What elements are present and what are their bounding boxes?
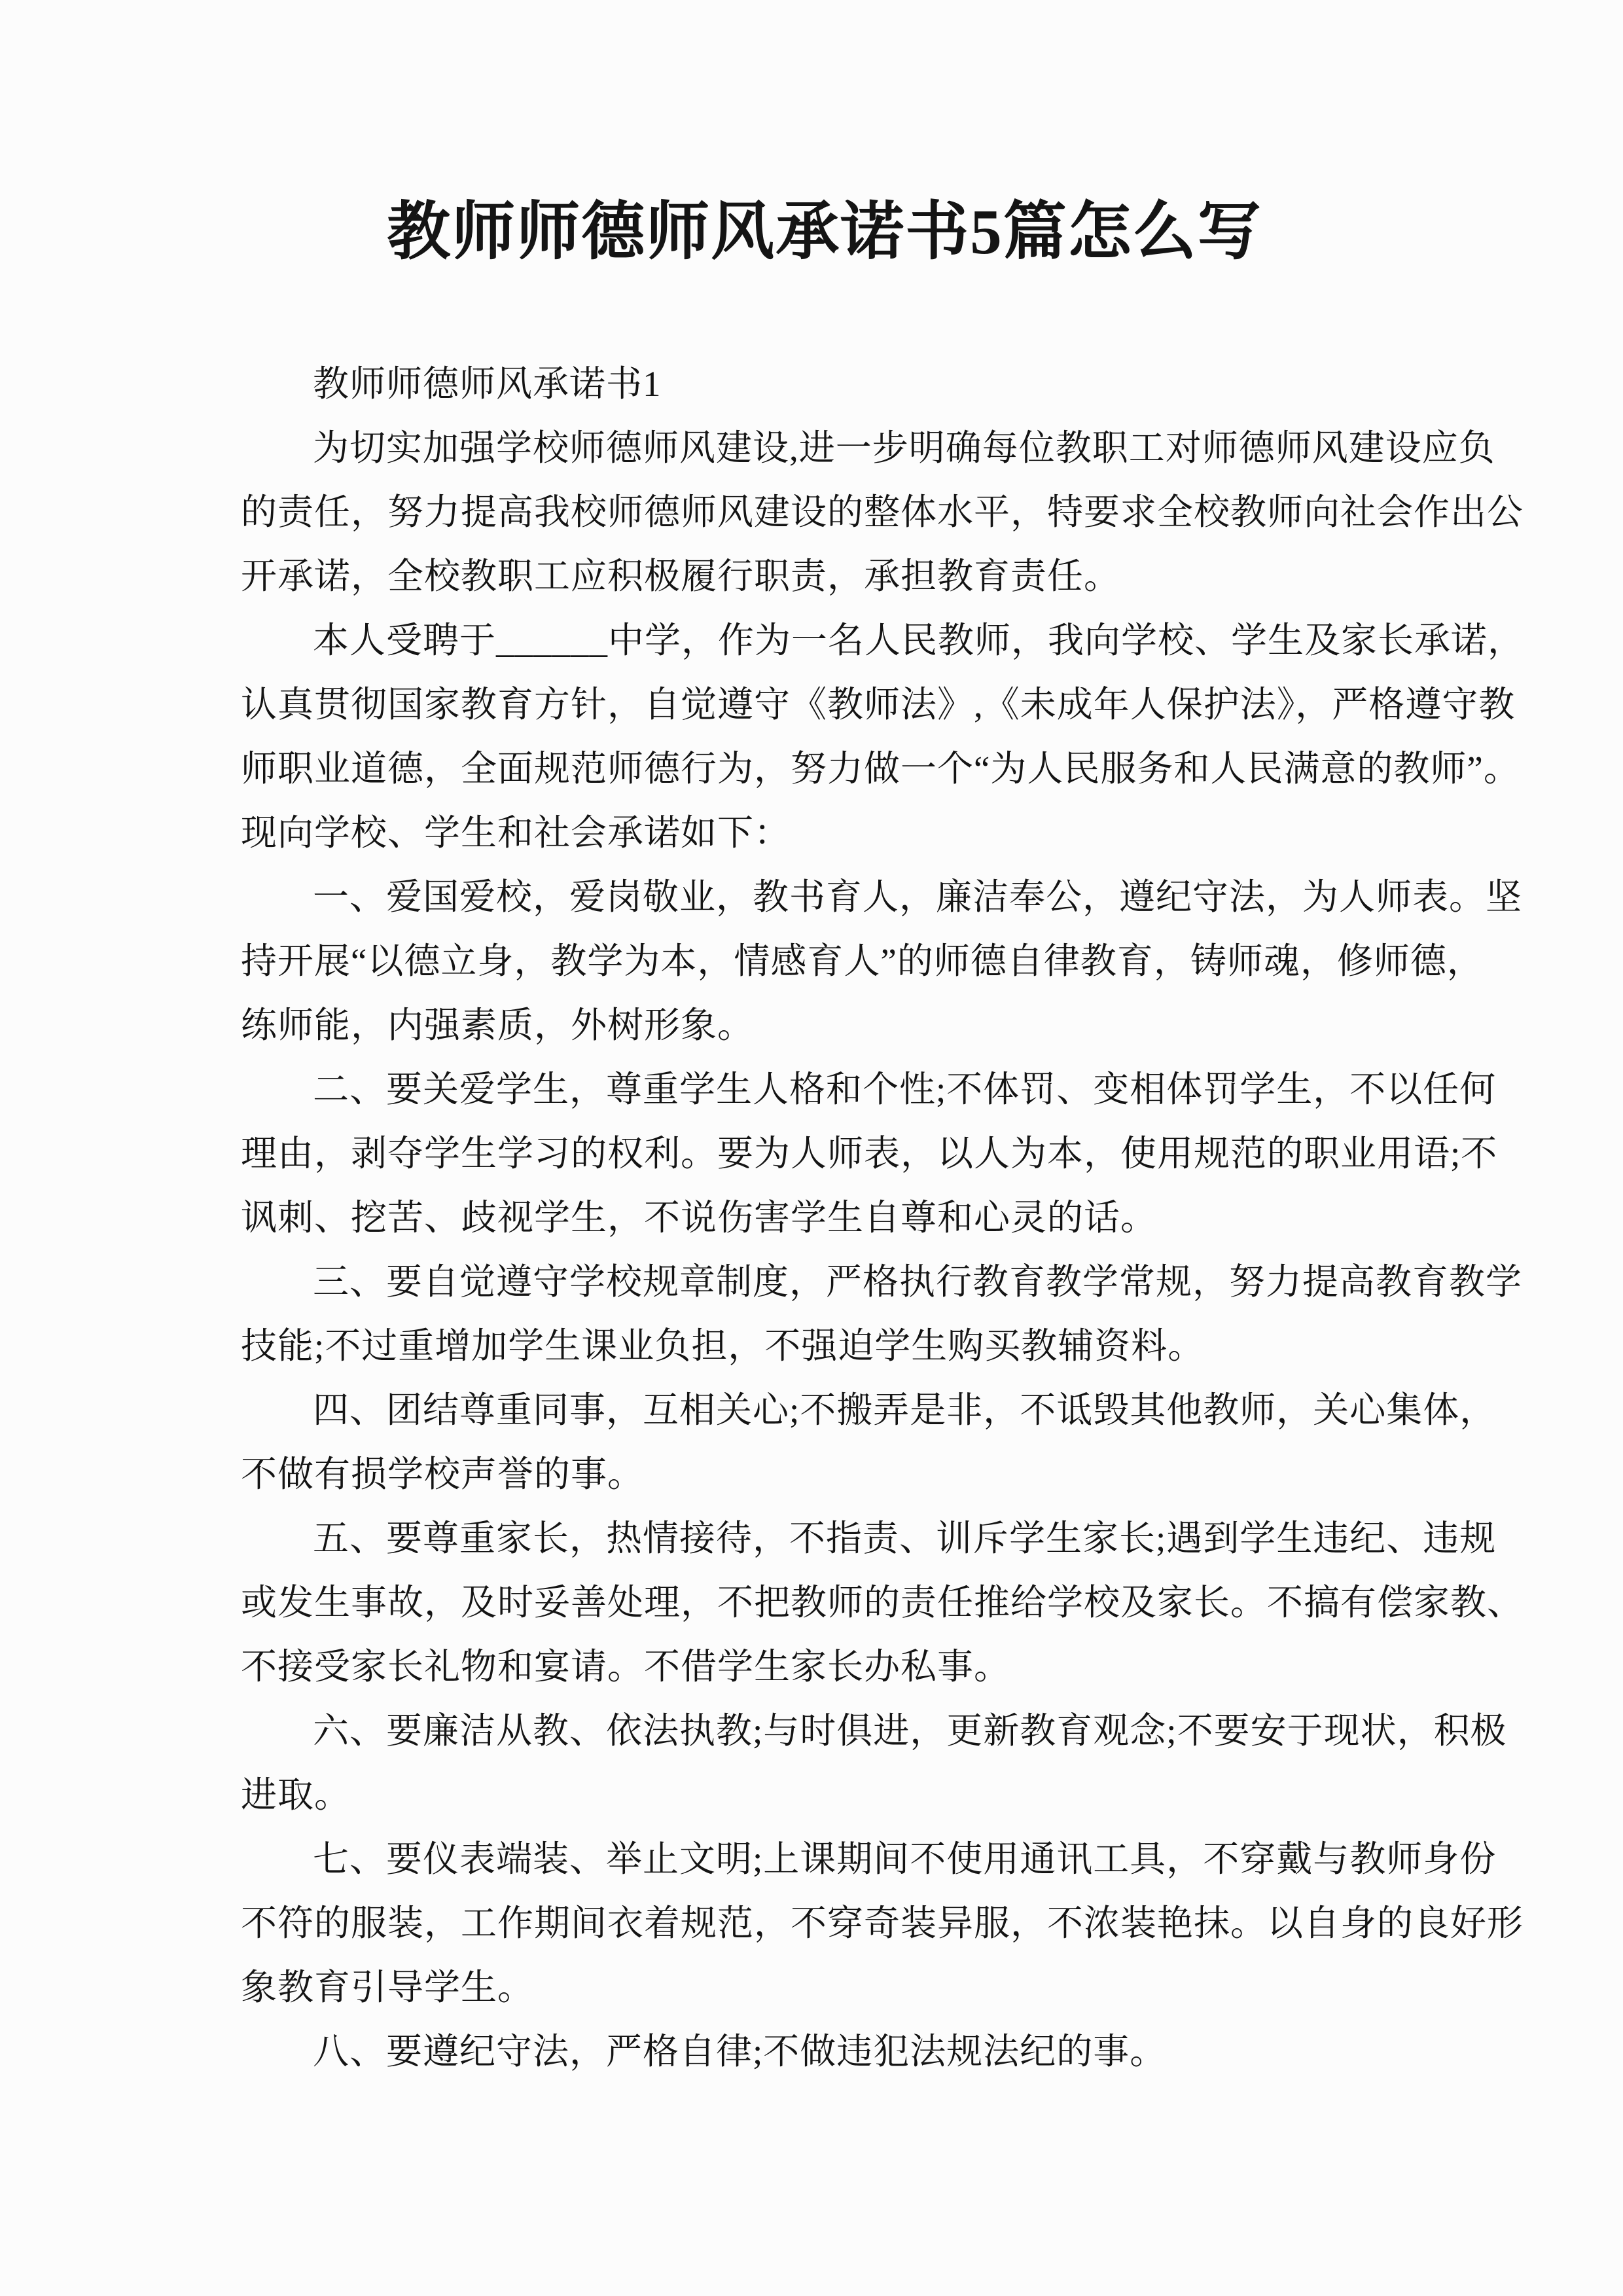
document-body: 教师师德师风承诺书1为切实加强学校师德师风建设,进一步明确每位教职工对师德师风建… [0, 352, 1623, 2084]
text-line: 二、要关爱学生，尊重学生人格和个性;不体罚、变相体罚学生，不以任何 [241, 1058, 1387, 1122]
text-line: 认真贯彻国家教育方针，自觉遵守《教师法》,《未成年人保护法》，严格遵守教 [241, 673, 1387, 737]
text-line: 现向学校、学生和社会承诺如下： [241, 801, 1387, 865]
text-line: 不做有损学校声誉的事。 [241, 1443, 1387, 1507]
text-line: 八、要遵纪守法，严格自律;不做违犯法规法纪的事。 [241, 2020, 1387, 2084]
text-line: 的责任，努力提高我校师德师风建设的整体水平，特要求全校教师向社会作出公 [241, 480, 1387, 545]
text-line: 进取。 [241, 1763, 1387, 1827]
paragraph: 三、要自觉遵守学校规章制度，严格执行教育教学常规，努力提高教育教学技能;不过重增… [241, 1250, 1387, 1378]
paragraph: 七、要仪表端装、举止文明;上课期间不使用通讯工具，不穿戴与教师身份不符的服装，工… [241, 1827, 1387, 2020]
paragraph: 六、要廉洁从教、依法执教;与时俱进，更新教育观念;不要安于现状，积极进取。 [241, 1699, 1387, 1827]
paragraph: 一、爱国爱校，爱岗敬业，教书育人，廉洁奉公，遵纪守法，为人师表。坚持开展“以德立… [241, 865, 1387, 1058]
text-line: 练师能，内强素质，外树形象。 [241, 994, 1387, 1058]
text-line: 六、要廉洁从教、依法执教;与时俱进，更新教育观念;不要安于现状，积极 [241, 1699, 1387, 1763]
text-line: 象教育引导学生。 [241, 1956, 1387, 2020]
paragraph: 为切实加强学校师德师风建设,进一步明确每位教职工对师德师风建设应负的责任，努力提… [241, 416, 1387, 609]
paragraph: 本人受聘于______中学，作为一名人民教师，我向学校、学生及家长承诺，认真贯彻… [241, 609, 1387, 865]
text-line: 一、爱国爱校，爱岗敬业，教书育人，廉洁奉公，遵纪守法，为人师表。坚 [241, 865, 1387, 929]
paragraph: 五、要尊重家长，热情接待，不指责、训斥学生家长;遇到学生违纪、违规或发生事故，及… [241, 1507, 1387, 1699]
text-line: 师职业道德，全面规范师德行为，努力做一个“为人民服务和人民满意的教师”。 [241, 737, 1387, 801]
text-line: 教师师德师风承诺书1 [241, 352, 1387, 416]
text-line: 不接受家长礼物和宴请。不借学生家长办私事。 [241, 1635, 1387, 1699]
paragraph: 教师师德师风承诺书1 [241, 352, 1387, 416]
text-line: 讽刺、挖苦、歧视学生，不说伤害学生自尊和心灵的话。 [241, 1186, 1387, 1250]
text-line: 四、团结尊重同事，互相关心;不搬弄是非，不诋毁其他教师，关心集体， [241, 1378, 1387, 1443]
text-line: 五、要尊重家长，热情接待，不指责、训斥学生家长;遇到学生违纪、违规 [241, 1507, 1387, 1571]
text-line: 七、要仪表端装、举止文明;上课期间不使用通讯工具，不穿戴与教师身份 [241, 1827, 1387, 1892]
text-line: 理由，剥夺学生学习的权利。要为人师表，以人为本，使用规范的职业用语;不 [241, 1122, 1387, 1186]
text-line: 三、要自觉遵守学校规章制度，严格执行教育教学常规，努力提高教育教学 [241, 1250, 1387, 1314]
text-line: 不符的服装，工作期间衣着规范，不穿奇装异服，不浓装艳抹。以自身的良好形 [241, 1892, 1387, 1956]
text-line: 持开展“以德立身，教学为本，情感育人”的师德自律教育，铸师魂，修师德， [241, 929, 1387, 994]
document-page: 教师师德师风承诺书5篇怎么写 教师师德师风承诺书1为切实加强学校师德师风建设,进… [0, 0, 1623, 2296]
text-line: 或发生事故，及时妥善处理，不把教师的责任推给学校及家长。不搞有偿家教、 [241, 1571, 1387, 1635]
paragraph: 八、要遵纪守法，严格自律;不做违犯法规法纪的事。 [241, 2020, 1387, 2084]
text-line: 本人受聘于______中学，作为一名人民教师，我向学校、学生及家长承诺， [241, 609, 1387, 673]
paragraph: 二、要关爱学生，尊重学生人格和个性;不体罚、变相体罚学生，不以任何理由，剥夺学生… [241, 1058, 1387, 1250]
paragraph: 四、团结尊重同事，互相关心;不搬弄是非，不诋毁其他教师，关心集体，不做有损学校声… [241, 1378, 1387, 1507]
page-title: 教师师德师风承诺书5篇怎么写 [0, 0, 1623, 268]
text-line: 开承诺，全校教职工应积极履行职责，承担教育责任。 [241, 545, 1387, 609]
text-line: 为切实加强学校师德师风建设,进一步明确每位教职工对师德师风建设应负 [241, 416, 1387, 480]
text-line: 技能;不过重增加学生课业负担，不强迫学生购买教辅资料。 [241, 1314, 1387, 1378]
